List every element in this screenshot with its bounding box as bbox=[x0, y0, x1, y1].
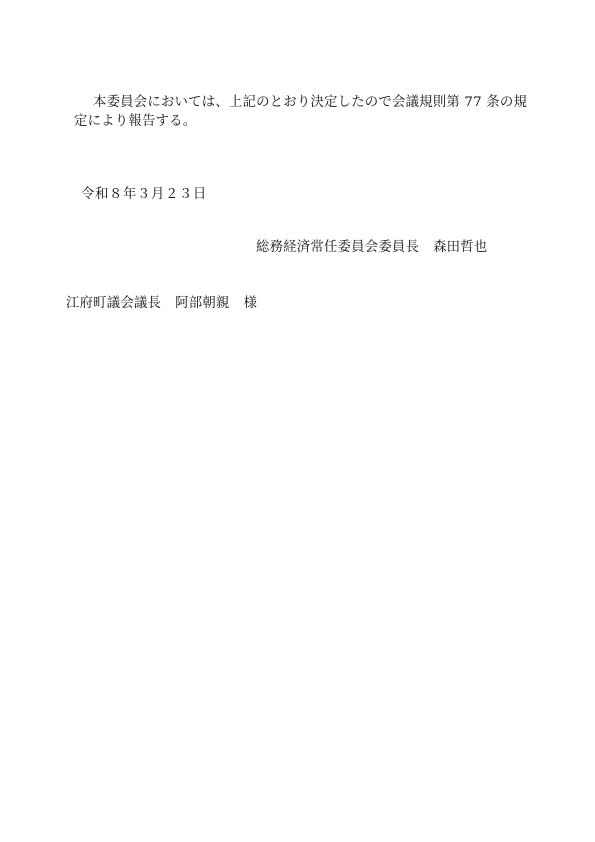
signer-block: 総務経済常任委員会委員長森田哲也 bbox=[256, 238, 487, 257]
document-page: 本委員会においては、上記のとおり決定したので会議規則第 77 条の規 定により報… bbox=[0, 0, 595, 842]
addressee-title: 江府町議会議長 bbox=[66, 296, 161, 311]
addressee-block: 江府町議会議長阿部朝親様 bbox=[66, 294, 257, 313]
report-paragraph-line-1: 本委員会においては、上記のとおり決定したので会議規則第 77 条の規 bbox=[93, 93, 527, 112]
addressee-name: 阿部朝親 bbox=[175, 296, 229, 311]
report-paragraph-line-2: 定により報告する。 bbox=[74, 112, 196, 131]
addressee-honorific: 様 bbox=[244, 296, 258, 311]
signer-title: 総務経済常任委員会委員長 bbox=[256, 240, 419, 255]
signer-name: 森田哲也 bbox=[433, 240, 487, 255]
report-date: 令和８年３月２３日 bbox=[81, 185, 207, 204]
